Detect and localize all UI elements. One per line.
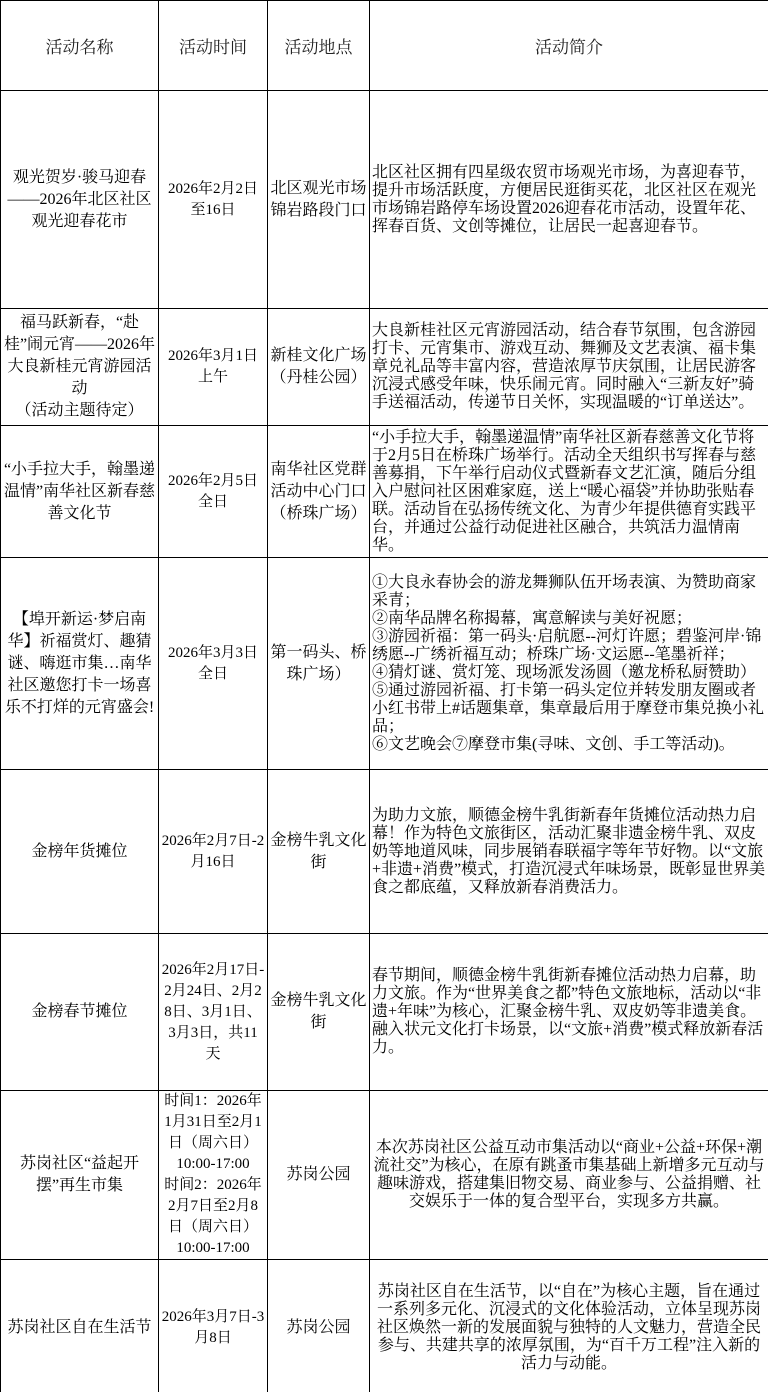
activity-location-cell: 新桂文化广场（丹桂公园） <box>268 309 370 426</box>
table-row: 观光贺岁·骏马迎春——2026年北区社区观光迎春花市 2026年2月2日至16日… <box>1 91 768 309</box>
table-row: “小手拉大手，翰墨递温情”南华社区新春慈善文化节 2026年2月5日全日 南华社… <box>1 426 768 558</box>
header-activity-intro: 活动简介 <box>370 1 768 91</box>
table-row: 福马跃新春，“赴桂”闹元宵——2026年大良新桂元宵游园活动 （活动主题待定） … <box>1 309 768 426</box>
activity-location-cell: 北区观光市场锦岩路段门口 <box>268 91 370 309</box>
activity-location-cell: 金榜牛乳文化街 <box>268 934 370 1091</box>
table-body: 观光贺岁·骏马迎春——2026年北区社区观光迎春花市 2026年2月2日至16日… <box>1 91 768 1392</box>
activity-intro-cell: 苏岗社区自在生活节，以“自在”为核心主题，旨在通过一系列多元化、沉浸式的文化体验… <box>370 1260 768 1392</box>
table-row: 金榜年货摊位 2026年2月7日-2月16日 金榜牛乳文化街 为助力文旅，顺德金… <box>1 770 768 934</box>
table-row: 【埠开新运·梦启南华】祈福赏灯、趣猜谜、嗨逛市集…南华社区邀您打卡一场喜乐不打烊… <box>1 558 768 770</box>
activity-time-cell: 2026年2月2日至16日 <box>159 91 268 309</box>
activity-intro-cell: 大良新桂社区元宵游园活动，结合春节氛围，包含游园打卡、元宵集市、游戏互动、舞狮及… <box>370 309 768 426</box>
table-row: 苏岗社区“益起开摆”再生市集 时间1：2026年 1月31日至2月1 日（周六日… <box>1 1091 768 1260</box>
activity-name-cell: 苏岗社区自在生活节 <box>1 1260 159 1392</box>
activity-name-cell: 苏岗社区“益起开摆”再生市集 <box>1 1091 159 1260</box>
activity-time-cell: 时间1：2026年 1月31日至2月1 日（周六日） 10:00-17:00 时… <box>159 1091 268 1260</box>
activity-name-cell: 【埠开新运·梦启南华】祈福赏灯、趣猜谜、嗨逛市集…南华社区邀您打卡一场喜乐不打烊… <box>1 558 159 770</box>
activity-location-cell: 南华社区党群活动中心门口（桥珠广场） <box>268 426 370 558</box>
activity-intro-cell: ①大良永春协会的游龙舞狮队伍开场表演、为赞助商家采青； ②南华品牌名称揭幕，寓意… <box>370 558 768 770</box>
activity-intro-cell: “小手拉大手，翰墨递温情”南华社区新春慈善文化节将于2月5日在桥珠广场举行。活动… <box>370 426 768 558</box>
activity-time-cell: 2026年2月5日全日 <box>159 426 268 558</box>
activity-time-cell: 2026年3月7日-3月8日 <box>159 1260 268 1392</box>
activity-time-cell: 2026年3月3日全日 <box>159 558 268 770</box>
header-row: 活动名称 活动时间 活动地点 活动简介 <box>1 1 768 91</box>
activity-time-cell: 2026年3月1日上午 <box>159 309 268 426</box>
activity-time-cell: 2026年2月17日-2月24日、2月28日、3月1日、3月3日，共11天 <box>159 934 268 1091</box>
activity-location-cell: 第一码头、桥珠广场） <box>268 558 370 770</box>
activity-intro-cell: 春节期间，顺德金榜牛乳街新春摊位活动热力启幕，助力文旅。作为“世界美食之都”特色… <box>370 934 768 1091</box>
activity-intro-cell: 北区社区拥有四星级农贸市场观光市场，为喜迎春节，提升市场活跃度，方便居民逛街买花… <box>370 91 768 309</box>
header-activity-time: 活动时间 <box>159 1 268 91</box>
activity-time-cell: 2026年2月7日-2月16日 <box>159 770 268 934</box>
table-row: 苏岗社区自在生活节 2026年3月7日-3月8日 苏岗公园 苏岗社区自在生活节，… <box>1 1260 768 1392</box>
activity-location-cell: 苏岗公园 <box>268 1260 370 1392</box>
activities-table: 活动名称 活动时间 活动地点 活动简介 观光贺岁·骏马迎春——2026年北区社区… <box>0 0 768 1392</box>
activity-intro-cell: 本次苏岗社区公益互动市集活动以“商业+公益+环保+潮流社交”为核心，在原有跳蚤市… <box>370 1091 768 1260</box>
activity-name-cell: 金榜年货摊位 <box>1 770 159 934</box>
header-activity-location: 活动地点 <box>268 1 370 91</box>
header-activity-name: 活动名称 <box>1 1 159 91</box>
table-header: 活动名称 活动时间 活动地点 活动简介 <box>1 1 768 91</box>
activity-name-cell: 福马跃新春，“赴桂”闹元宵——2026年大良新桂元宵游园活动 （活动主题待定） <box>1 309 159 426</box>
activity-schedule-page: 活动名称 活动时间 活动地点 活动简介 观光贺岁·骏马迎春——2026年北区社区… <box>0 0 768 1392</box>
activity-location-cell: 苏岗公园 <box>268 1091 370 1260</box>
activity-name-cell: “小手拉大手，翰墨递温情”南华社区新春慈善文化节 <box>1 426 159 558</box>
activity-location-cell: 金榜牛乳文化街 <box>268 770 370 934</box>
activity-name-cell: 观光贺岁·骏马迎春——2026年北区社区观光迎春花市 <box>1 91 159 309</box>
activity-intro-cell: 为助力文旅，顺德金榜牛乳街新春年货摊位活动热力启幕！作为特色文旅街区，活动汇聚非… <box>370 770 768 934</box>
table-row: 金榜春节摊位 2026年2月17日-2月24日、2月28日、3月1日、3月3日，… <box>1 934 768 1091</box>
activity-name-cell: 金榜春节摊位 <box>1 934 159 1091</box>
